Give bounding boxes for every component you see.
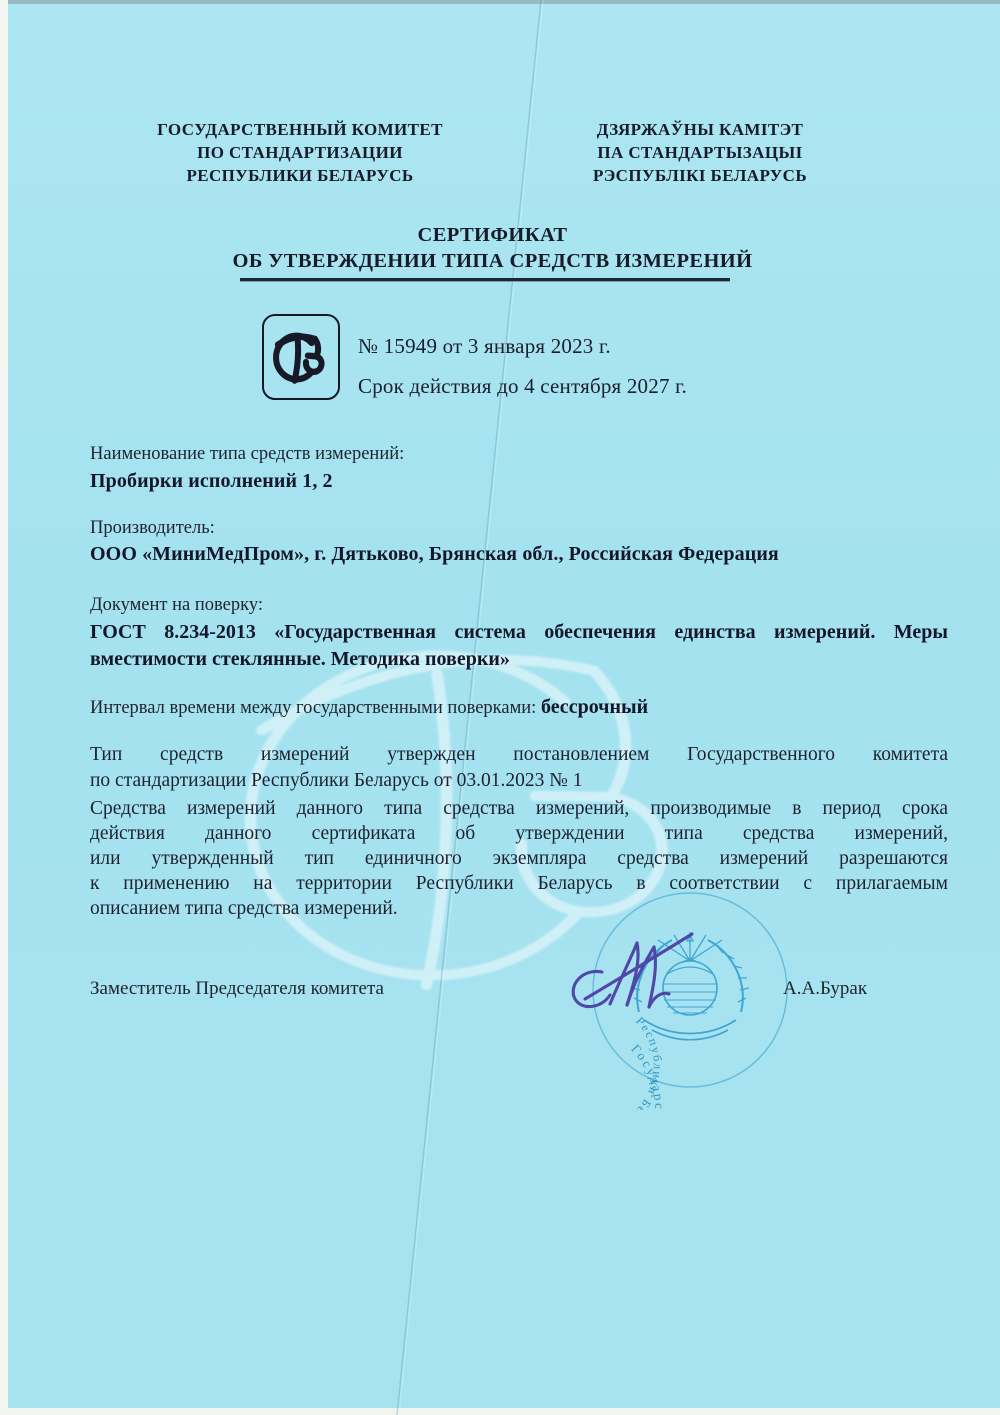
approval-paragraph-line: Тип средств измерений утвержден постанов… [90, 744, 948, 766]
verification-doc-line: ГОСТ 8.234-2013 «Государственная система… [90, 621, 948, 644]
certificate-number: № 15949 от 3 января 2023 г. [358, 334, 611, 359]
header-russian-line: ПО СТАНДАРТИЗАЦИИ [130, 141, 470, 164]
title-underline [240, 278, 730, 281]
header-russian: ГОСУДАРСТВЕННЫЙ КОМИТЕТ ПО СТАНДАРТИЗАЦИ… [130, 118, 470, 187]
permission-paragraph-line: действия данного сертификата об утвержде… [90, 823, 948, 845]
interval-label: Интервал времени между государственными … [90, 698, 541, 718]
header-russian-line: РЕСПУБЛИКИ БЕЛАРУСЬ [130, 164, 470, 187]
signatory-position: Заместитель Председателя комитета [90, 978, 384, 1000]
header-belarusian-line: ПА СТАНДАРТЫЗАЦЫІ [555, 141, 845, 164]
verification-doc-label: Документ на поверку: [90, 595, 263, 616]
document-title-line: ОБ УТВЕРЖДЕНИИ ТИПА СРЕДСТВ ИЗМЕРЕНИЙ [0, 248, 985, 274]
document-title-line: СЕРТИФИКАТ [0, 222, 985, 248]
header-belarusian: ДЗЯРЖАЎНЫ КАМІТЭТ ПА СТАНДАРТЫЗАЦЫІ РЭСП… [555, 118, 845, 187]
signature-ink [540, 900, 740, 1035]
interval-value: бессрочный [541, 696, 648, 718]
permission-paragraph-line: описанием типа средства измерений. [90, 898, 948, 920]
certificate-page: ГОСУДАРСТВЕННЫЙ КОМИТЕТ ПО СТАНДАРТИЗАЦИ… [0, 0, 1000, 1415]
type-name-label: Наименование типа средств измерений: [90, 444, 404, 465]
permission-paragraph-line: к применению на территории Республики Бе… [90, 873, 948, 895]
certificate-validity: Срок действия до 4 сентября 2027 г. [358, 374, 687, 399]
approval-paragraph-line: по стандартизации Республики Беларусь от… [90, 770, 948, 792]
document-title: СЕРТИФИКАТ ОБ УТВЕРЖДЕНИИ ТИПА СРЕДСТВ И… [0, 222, 985, 274]
header-belarusian-line: РЭСПУБЛІКІ БЕЛАРУСЬ [555, 164, 845, 187]
stb-monogram-icon [270, 323, 330, 387]
header-belarusian-line: ДЗЯРЖАЎНЫ КАМІТЭТ [555, 118, 845, 141]
verification-doc-line: вместимости стеклянные. Методика поверки… [90, 648, 948, 671]
interval-line: Интервал времени между государственными … [90, 696, 648, 719]
header-russian-line: ГОСУДАРСТВЕННЫЙ КОМИТЕТ [130, 118, 470, 141]
type-name-value: Пробирки исполнений 1, 2 [90, 470, 333, 493]
manufacturer-label: Производитель: [90, 518, 215, 539]
permission-paragraph-line: Средства измерений данного типа средства… [90, 798, 948, 820]
manufacturer-value: ООО «МиниМедПром», г. Дятьково, Брянская… [90, 543, 779, 566]
stb-logo [262, 314, 340, 400]
permission-paragraph-line: или утвержденный тип единичного экземпля… [90, 848, 948, 870]
